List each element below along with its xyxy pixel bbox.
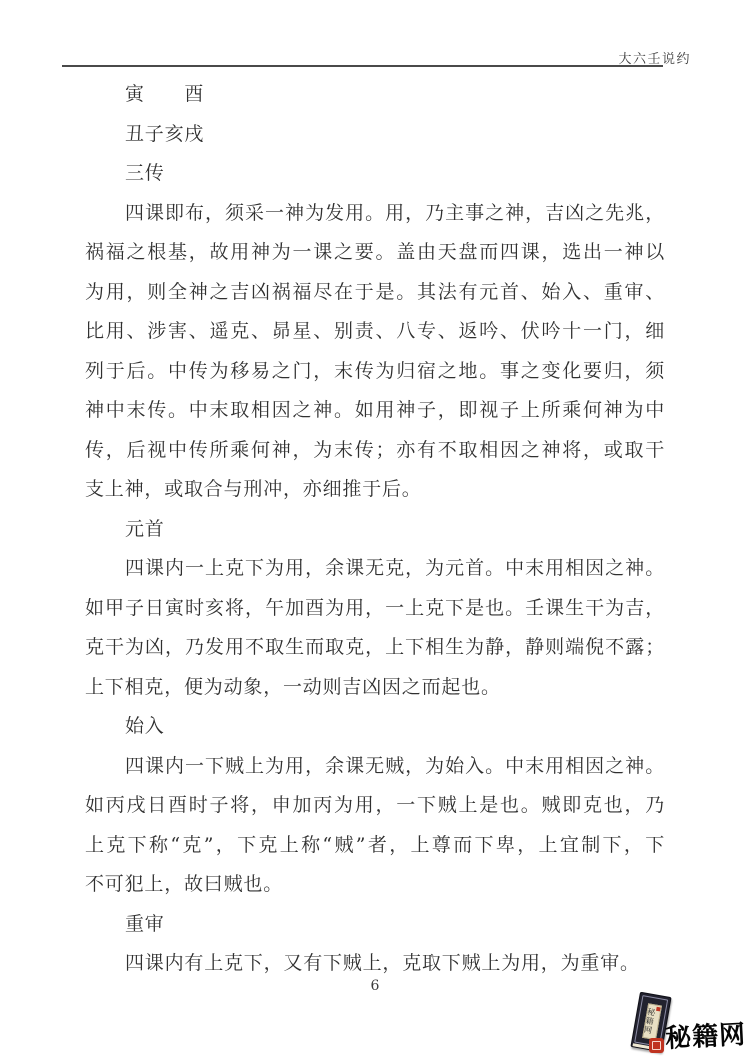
text-line: 传，后视中传所乘何神，为末传；亦有不取相因之神将，或取干 (85, 431, 665, 471)
document-page: 大六壬说约 寅 酉丑子亥戌三传四课即布，须采一神为发用。用，乃主事之神，吉凶之先… (0, 0, 750, 1060)
text-line: 神中末传。中末取相因之神。如用神子，即视子上所乘何神为中 (85, 391, 665, 431)
text-line: 克干为凶，乃发用不取生而取克，上下相生为静，静则端倪不露； (85, 628, 665, 668)
branch-row: 寅 酉 (85, 75, 665, 115)
document-body: 寅 酉丑子亥戌三传四课即布，须采一神为发用。用，乃主事之神，吉凶之先兆，祸福之根… (85, 75, 665, 984)
text-line: 四课即布，须采一神为发用。用，乃主事之神，吉凶之先兆， (85, 194, 665, 234)
text-line: 为用，则全神之吉凶祸福尽在于是。其法有元首、始入、重审、 (85, 273, 665, 313)
branch-row: 丑子亥戌 (85, 115, 665, 155)
text-line: 如甲子日寅时亥将，午加酉为用，一上克下是也。壬课生干为吉， (85, 589, 665, 629)
text-line: 祸福之根基，故用神为一课之要。盖由天盘而四课，选出一神以 (85, 233, 665, 273)
section-heading: 元首 (85, 510, 665, 550)
section-heading: 三传 (85, 154, 665, 194)
red-seal-icon (649, 1038, 664, 1053)
text-line: 如丙戌日酉时子将，申加丙为用，一下贼上是也。贼即克也，乃 (85, 786, 665, 826)
paragraph: 四课即布，须采一神为发用。用，乃主事之神，吉凶之先兆，祸福之根基，故用神为一课之… (85, 194, 665, 510)
section-heading: 始入 (85, 707, 665, 747)
watermark-site-name: 秘籍网 (664, 1014, 747, 1055)
paragraph: 四课内一上克下为用，余课无克，为元首。中末用相因之神。如甲子日寅时亥将，午加酉为… (85, 549, 665, 707)
text-line: 四课内一下贼上为用，余课无贼，为始入。中末用相因之神。 (85, 747, 665, 787)
text-line: 不可犯上，故曰贼也。 (85, 865, 665, 905)
section-heading: 重审 (85, 905, 665, 945)
text-line: 上克下称“克”，下克上称“贼”者，上尊而下卑，上宜制下，下 (85, 826, 665, 866)
text-line: 比用、涉害、遥克、昴星、别责、八专、返吟、伏吟十一门，细 (85, 312, 665, 352)
text-line: 列于后。中传为移易之门，末传为归宿之地。事之变化要归，须 (85, 352, 665, 392)
text-line: 上下相克，便为动象，一动则吉凶因之而起也。 (85, 668, 665, 708)
watermark: 秘籍网 秘籍网 (620, 990, 750, 1060)
text-line: 四课内一上克下为用，余课无克，为元首。中末用相因之神。 (85, 549, 665, 589)
header-divider (62, 65, 663, 67)
paragraph: 四课内一下贼上为用，余课无贼，为始入。中末用相因之神。如丙戌日酉时子将，申加丙为… (85, 747, 665, 905)
text-line: 支上神，或取合与刑冲，亦细推于后。 (85, 470, 665, 510)
